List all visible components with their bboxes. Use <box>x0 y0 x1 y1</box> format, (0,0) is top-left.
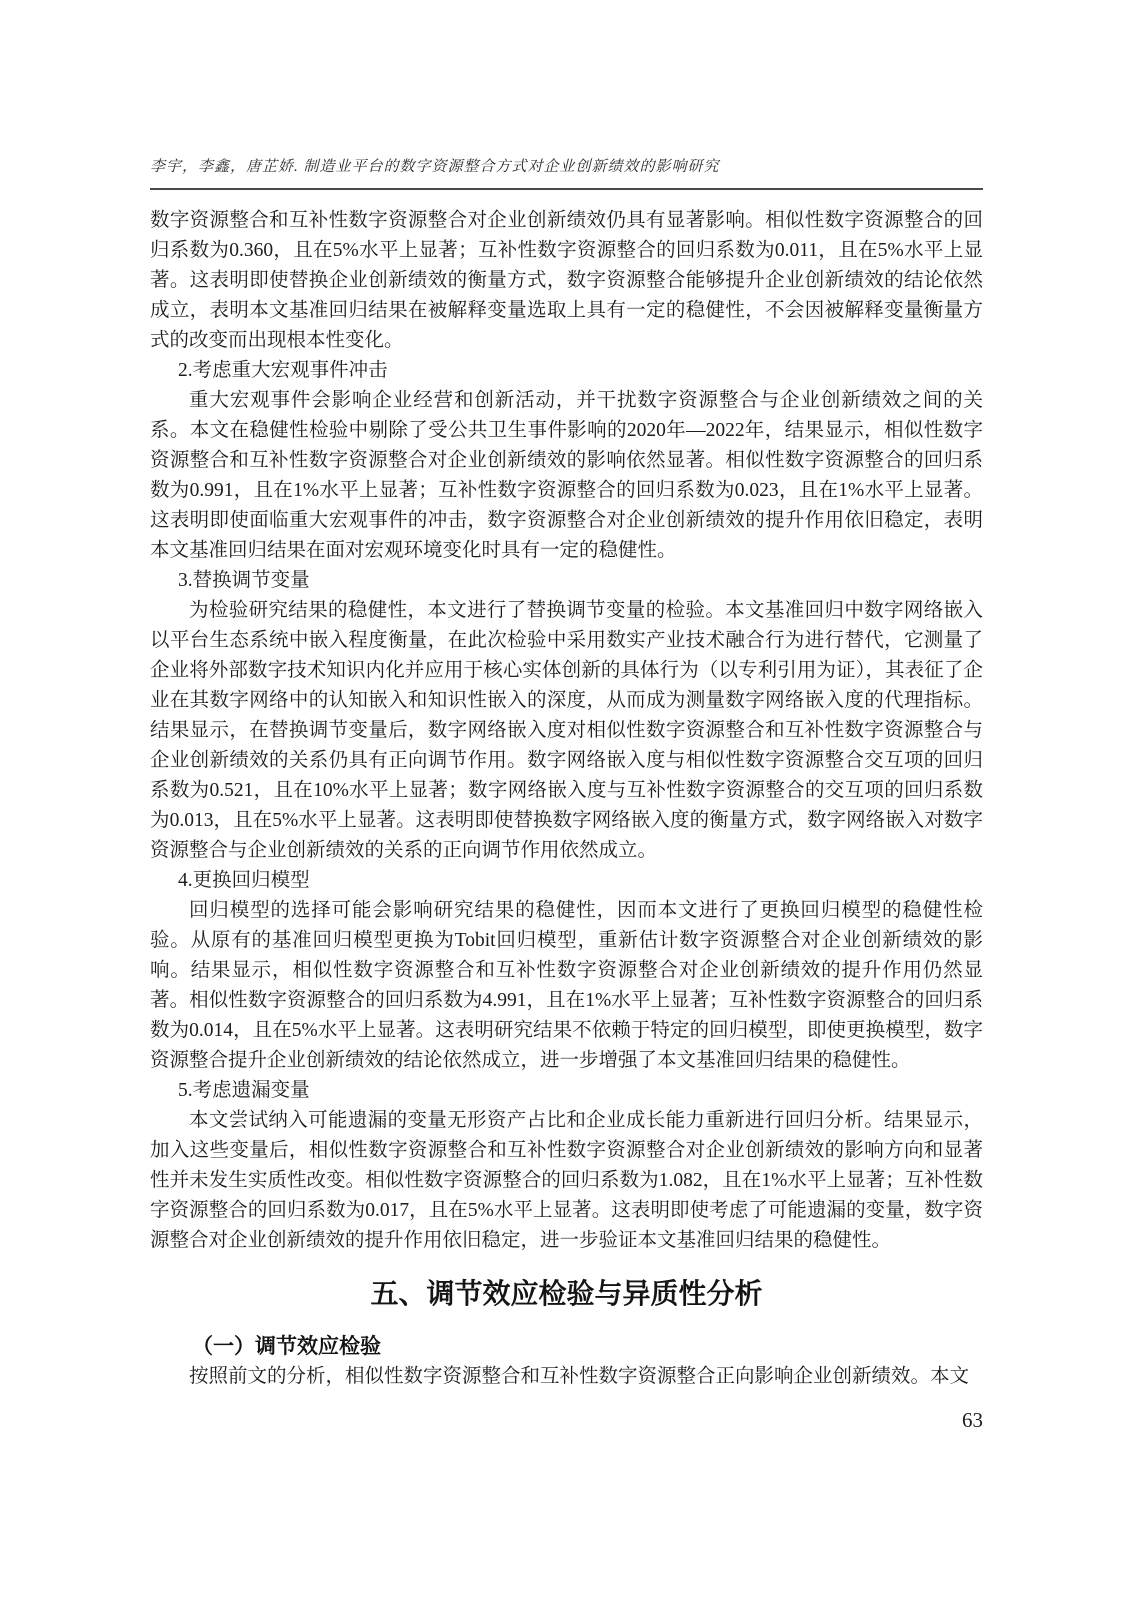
paragraph: 回归模型的选择可能会影响研究结果的稳健性，因而本文进行了更换回归模型的稳健性检验… <box>150 896 983 1076</box>
section-heading: 五、调节效应检验与异质性分析 <box>150 1272 983 1316</box>
paragraph: 为检验研究结果的稳健性，本文进行了替换调节变量的检验。本文基准回归中数字网络嵌入… <box>150 596 983 866</box>
subsection-heading: （一）调节效应检验 <box>150 1332 983 1362</box>
paper-page: 李宇，李鑫，唐芷娇. 制造业平台的数字资源整合方式对企业创新绩效的影响研究 数字… <box>0 0 1140 1600</box>
page-body: 数字资源整合和互补性数字资源整合对企业创新绩效仍具有显著影响。相似性数字资源整合… <box>150 206 983 1392</box>
numbered-heading: 2.考虑重大宏观事件冲击 <box>178 356 983 386</box>
paragraph: 数字资源整合和互补性数字资源整合对企业创新绩效仍具有显著影响。相似性数字资源整合… <box>150 206 983 356</box>
paragraph: 本文尝试纳入可能遗漏的变量无形资产占比和企业成长能力重新进行回归分析。结果显示，… <box>150 1106 983 1256</box>
numbered-heading: 5.考虑遗漏变量 <box>178 1076 983 1106</box>
paragraph: 重大宏观事件会影响企业经营和创新活动，并干扰数字资源整合与企业创新绩效之间的关系… <box>150 386 983 566</box>
numbered-heading: 3.替换调节变量 <box>178 566 983 596</box>
numbered-heading: 4.更换回归模型 <box>178 866 983 896</box>
header-rule <box>150 188 983 190</box>
page-number: 63 <box>150 1408 983 1433</box>
running-header: 李宇，李鑫，唐芷娇. 制造业平台的数字资源整合方式对企业创新绩效的影响研究 <box>150 155 983 176</box>
paragraph: 按照前文的分析，相似性数字资源整合和互补性数字资源整合正向影响企业创新绩效。本文 <box>150 1362 983 1392</box>
